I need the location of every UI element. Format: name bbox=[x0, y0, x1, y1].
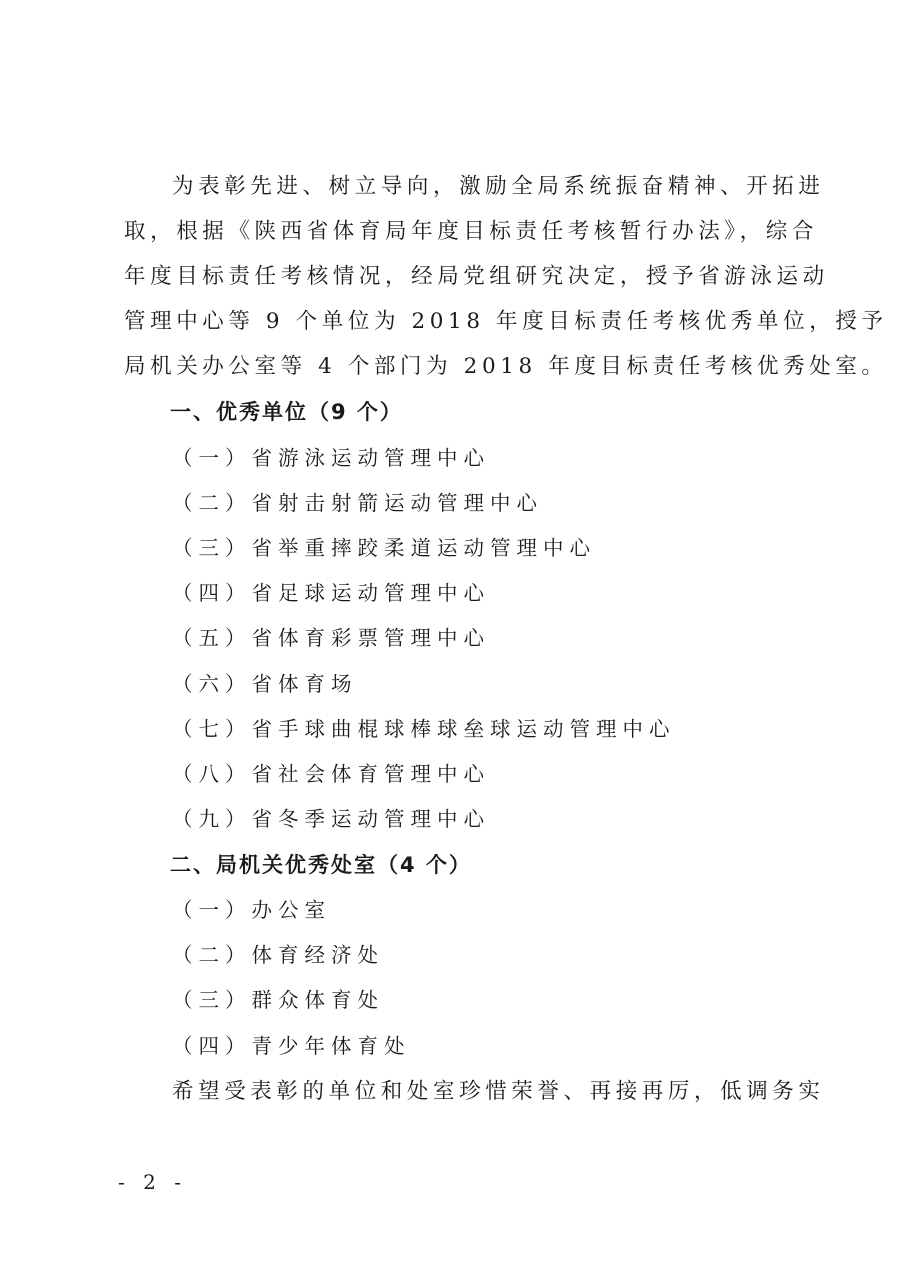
item-name: 体育经济处 bbox=[252, 943, 385, 967]
item-number: （二） bbox=[172, 943, 252, 967]
section1-item-8: （八）省社会体育管理中心 bbox=[172, 759, 822, 789]
intro-line-4: 管理中心等 9 个单位为 2018 年度目标责任考核优秀单位，授予 bbox=[124, 307, 774, 337]
page-number: - 2 - bbox=[118, 1170, 187, 1194]
section1-item-2: （二）省射击射箭运动管理中心 bbox=[172, 488, 822, 518]
item-name: 省冬季运动管理中心 bbox=[252, 807, 491, 831]
item-name: 群众体育处 bbox=[252, 988, 385, 1012]
item-name: 省足球运动管理中心 bbox=[252, 581, 491, 605]
section1-item-6: （六）省体育场 bbox=[172, 669, 822, 699]
item-name: 省体育彩票管理中心 bbox=[252, 626, 491, 650]
section2-item-2: （二）体育经济处 bbox=[172, 940, 822, 970]
intro-line-3: 年度目标责任考核情况，经局党组研究决定，授予省游泳运动 bbox=[124, 262, 774, 292]
item-number: （四） bbox=[172, 581, 252, 605]
item-number: （四） bbox=[172, 1034, 252, 1058]
item-number: （三） bbox=[172, 988, 252, 1012]
section1-item-9: （九）省冬季运动管理中心 bbox=[172, 804, 822, 834]
document-page: 为表彰先进、树立导向，激励全局系统振奋精神、开拓进 取，根据《陕西省体育局年度目… bbox=[0, 0, 900, 1272]
item-number: （三） bbox=[172, 536, 252, 560]
section1-item-7: （七）省手球曲棍球棒球垒球运动管理中心 bbox=[172, 714, 822, 744]
section1-heading: 一、优秀单位（9 个） bbox=[170, 397, 820, 427]
section2-item-3: （三）群众体育处 bbox=[172, 985, 822, 1015]
item-number: （八） bbox=[172, 762, 252, 786]
section1-item-1: （一）省游泳运动管理中心 bbox=[172, 443, 822, 473]
item-number: （九） bbox=[172, 807, 252, 831]
item-number: （一） bbox=[172, 898, 252, 922]
intro-line-5: 局机关办公室等 4 个部门为 2018 年度目标责任考核优秀处室。 bbox=[124, 352, 774, 382]
item-number: （一） bbox=[172, 446, 252, 470]
item-number: （五） bbox=[172, 626, 252, 650]
item-name: 省游泳运动管理中心 bbox=[252, 446, 491, 470]
section1-item-5: （五）省体育彩票管理中心 bbox=[172, 623, 822, 653]
closing-paragraph-line: 希望受表彰的单位和处室珍惜荣誉、再接再厉，低调务实 bbox=[172, 1077, 774, 1107]
item-name: 办公室 bbox=[252, 898, 332, 922]
item-number: （七） bbox=[172, 717, 252, 741]
item-name: 省体育场 bbox=[252, 672, 358, 696]
intro-line-2: 取，根据《陕西省体育局年度目标责任考核暂行办法》，综合 bbox=[124, 217, 774, 247]
item-name: 省社会体育管理中心 bbox=[252, 762, 491, 786]
section2-heading: 二、局机关优秀处室（4 个） bbox=[170, 850, 820, 880]
item-name: 省射击射箭运动管理中心 bbox=[252, 491, 544, 515]
section1-item-4: （四）省足球运动管理中心 bbox=[172, 578, 822, 608]
item-number: （二） bbox=[172, 491, 252, 515]
intro-line-1: 为表彰先进、树立导向，激励全局系统振奋精神、开拓进 bbox=[172, 172, 774, 202]
item-number: （六） bbox=[172, 672, 252, 696]
item-name: 省举重摔跤柔道运动管理中心 bbox=[252, 536, 597, 560]
item-name: 青少年体育处 bbox=[252, 1034, 411, 1058]
section1-item-3: （三）省举重摔跤柔道运动管理中心 bbox=[172, 533, 822, 563]
item-name: 省手球曲棍球棒球垒球运动管理中心 bbox=[252, 717, 676, 741]
section2-item-4: （四）青少年体育处 bbox=[172, 1031, 822, 1061]
section2-item-1: （一）办公室 bbox=[172, 895, 822, 925]
